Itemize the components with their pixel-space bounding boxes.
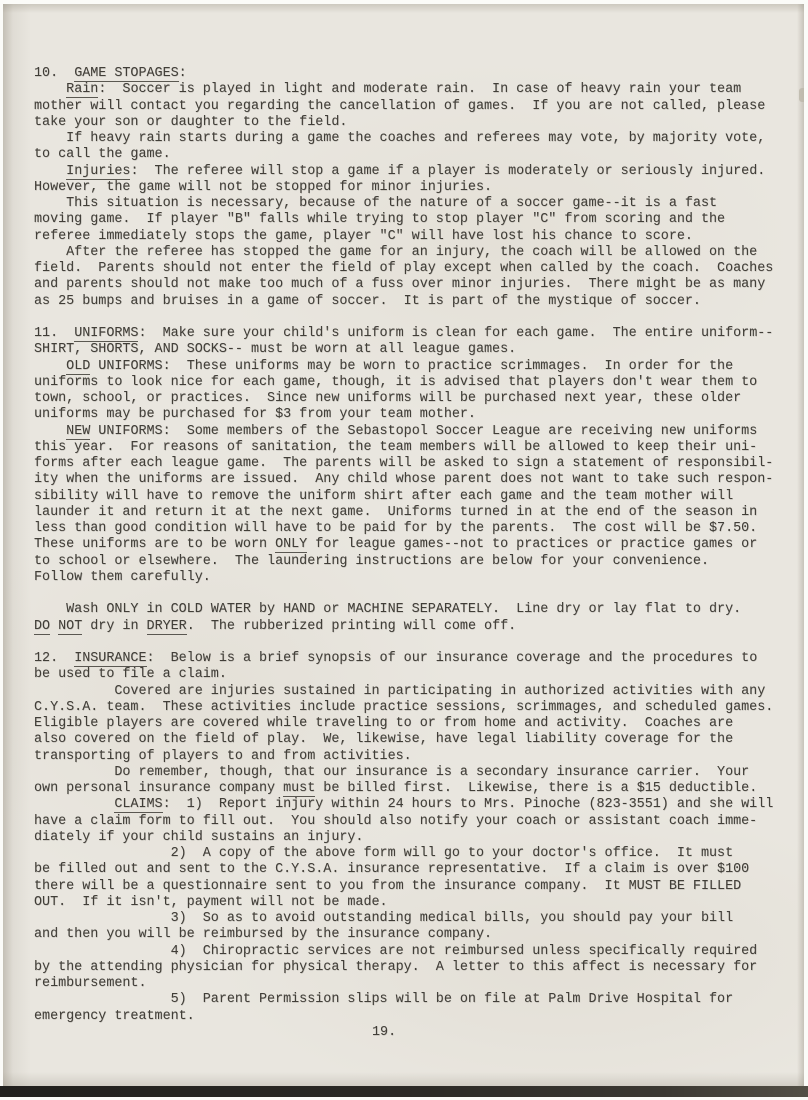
document-line: 12. INSURANCE: Below is a brief synopsis… <box>34 651 794 667</box>
document-line <box>34 586 794 602</box>
document-line: be filled out and sent to the C.Y.S.A. i… <box>34 862 794 878</box>
document-line: Covered are injuries sustained in partic… <box>34 684 794 700</box>
bottom-scan-strip <box>0 1086 808 1097</box>
document-line: uniforms to look nice for each game, tho… <box>34 375 794 391</box>
document-line: 11. UNIFORMS: Make sure your child's uni… <box>34 326 794 342</box>
document-line: reimbursement. <box>34 976 794 992</box>
document-line: forms after each league game. The parent… <box>34 456 794 472</box>
document-line: However, the game will not be stopped fo… <box>34 180 794 196</box>
page-number: 19. <box>372 1025 396 1041</box>
document-line: launder it and return it at the next gam… <box>34 505 794 521</box>
document-line: town, school, or practices. Since new un… <box>34 391 794 407</box>
document-line: NEW UNIFORMS: Some members of the Sebast… <box>34 424 794 440</box>
document-line: diately if your child sustains an injury… <box>34 830 794 846</box>
document-line: uniforms may be purchased for $3 from yo… <box>34 407 794 423</box>
document-line: field. Parents should not enter the fiel… <box>34 261 794 277</box>
document-line: OUT. If it isn't, payment will not be ma… <box>34 895 794 911</box>
document-line: Follow them carefully. <box>34 570 794 586</box>
document-line: emergency treatment. <box>34 1009 794 1025</box>
document-line: Do remember, though, that our insurance … <box>34 765 794 781</box>
document-line: CLAIMS: 1) Report injury within 24 hours… <box>34 797 794 813</box>
document-line: there will be a questionnaire sent to yo… <box>34 879 794 895</box>
document-line: OLD UNIFORMS: These uniforms may be worn… <box>34 359 794 375</box>
document-line: transporting of players to and from acti… <box>34 749 794 765</box>
document-line: by the attending physician for physical … <box>34 960 794 976</box>
document-line: and then you will be reimbursed by the i… <box>34 927 794 943</box>
scan-artifact-notch <box>799 88 804 102</box>
document-line: Wash ONLY in COLD WATER by HAND or MACHI… <box>34 602 794 618</box>
document-line: take your son or daughter to the field. <box>34 115 794 131</box>
document-line: and parents should not make too much of … <box>34 277 794 293</box>
document-line: SHIRT, SHORTS, AND SOCKS-- must be worn … <box>34 342 794 358</box>
document-line: Eligible players are covered while trave… <box>34 716 794 732</box>
document-line: this year. For reasons of sanitation, th… <box>34 440 794 456</box>
document-line: Injuries: The referee will stop a game i… <box>34 164 794 180</box>
document-line: 3) So as to avoid outstanding medical bi… <box>34 911 794 927</box>
document-line: less than good condition will have to be… <box>34 521 794 537</box>
document-line: also covered on the field of play. We, l… <box>34 732 794 748</box>
document-line: ity when the uniforms are issued. Any ch… <box>34 472 794 488</box>
document-line: be used to file a claim. <box>34 667 794 683</box>
document-line: sibility will have to remove the uniform… <box>34 489 794 505</box>
document-line: own personal insurance company must be b… <box>34 781 794 797</box>
document-line: Rain: Soccer is played in light and mode… <box>34 82 794 98</box>
document-line: have a claim form to fill out. You shoul… <box>34 814 794 830</box>
document-line: to school or elsewhere. The laundering i… <box>34 554 794 570</box>
document-line: These uniforms are to be worn ONLY for l… <box>34 537 794 553</box>
document-line: mother will contact you regarding the ca… <box>34 99 794 115</box>
typewritten-text: 10. GAME STOPAGES: Rain: Soccer is playe… <box>34 66 794 1025</box>
document-line: This situation is necessary, because of … <box>34 196 794 212</box>
document-line: to call the game. <box>34 147 794 163</box>
document-line: C.Y.S.A. team. These activities include … <box>34 700 794 716</box>
document-line: referee immediately stops the game, play… <box>34 229 794 245</box>
document-line: 10. GAME STOPAGES: <box>34 66 794 82</box>
document-line: 2) A copy of the above form will go to y… <box>34 846 794 862</box>
document-line: If heavy rain starts during a game the c… <box>34 131 794 147</box>
document-line: moving game. If player "B" falls while t… <box>34 212 794 228</box>
document-line <box>34 635 794 651</box>
document-line <box>34 310 794 326</box>
document-line: DO NOT dry in DRYER. The rubberized prin… <box>34 619 794 635</box>
document-line: After the referee has stopped the game f… <box>34 245 794 261</box>
document-line: 5) Parent Permission slips will be on fi… <box>34 992 794 1008</box>
document-line: 4) Chiropractic services are not reimbur… <box>34 944 794 960</box>
document-line: as 25 bumps and bruises in a game of soc… <box>34 294 794 310</box>
